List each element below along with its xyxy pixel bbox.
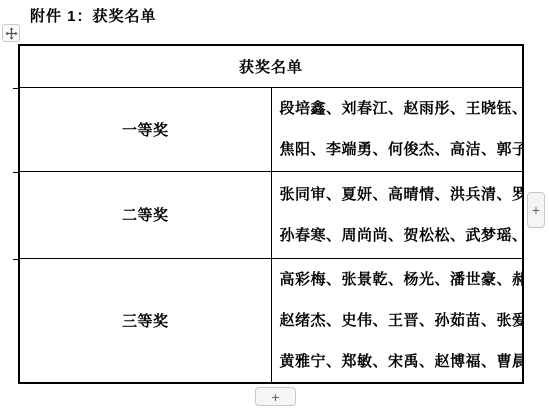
table-row: 二等奖张同审、夏妍、高晴情、洪兵清、罗晓业孙春寒、周尚尚、贺松松、武梦瑶、王欣欣 xyxy=(19,171,523,258)
document-page: 附件 1：获奖名单 获奖名单 一等奖段培鑫、刘春江、赵雨彤、王晓钰、余欣焦阳、李… xyxy=(0,0,549,409)
name-line: 高彩梅、张景乾、杨光、潘世豪、郝纪钊 xyxy=(280,259,523,300)
row-border-tick xyxy=(13,259,19,260)
name-line: 焦阳、李端勇、何俊杰、高洁、郭子炘 xyxy=(280,129,523,170)
plus-icon: + xyxy=(271,390,279,404)
move-icon xyxy=(5,27,18,40)
name-line: 赵绪杰、史伟、王晋、孙茹苗、张爱平 xyxy=(280,300,523,341)
table-move-handle[interactable] xyxy=(2,24,20,42)
prize-cell[interactable]: 二等奖 xyxy=(19,171,271,258)
table-row: 三等奖高彩梅、张景乾、杨光、潘世豪、郝纪钊赵绪杰、史伟、王晋、孙茹苗、张爱平黄雅… xyxy=(19,258,523,383)
add-row-button[interactable]: + xyxy=(255,387,296,406)
names-cell[interactable]: 张同审、夏妍、高晴情、洪兵清、罗晓业孙春寒、周尚尚、贺松松、武梦瑶、王欣欣 xyxy=(271,171,523,258)
prize-cell[interactable]: 三等奖 xyxy=(19,258,271,383)
award-table: 获奖名单 一等奖段培鑫、刘春江、赵雨彤、王晓钰、余欣焦阳、李端勇、何俊杰、高洁、… xyxy=(18,44,524,384)
attachment-title: 附件 1：获奖名单 xyxy=(30,5,157,26)
names-cell[interactable]: 段培鑫、刘春江、赵雨彤、王晓钰、余欣焦阳、李端勇、何俊杰、高洁、郭子炘 xyxy=(271,87,523,171)
table-row: 一等奖段培鑫、刘春江、赵雨彤、王晓钰、余欣焦阳、李端勇、何俊杰、高洁、郭子炘 xyxy=(19,87,523,171)
name-line: 段培鑫、刘春江、赵雨彤、王晓钰、余欣 xyxy=(280,88,523,129)
prize-cell[interactable]: 一等奖 xyxy=(19,87,271,171)
row-border-tick xyxy=(13,172,19,173)
plus-icon: + xyxy=(532,203,540,217)
name-line: 孙春寒、周尚尚、贺松松、武梦瑶、王欣欣 xyxy=(280,215,523,256)
name-line: 张同审、夏妍、高晴情、洪兵清、罗晓业 xyxy=(280,174,523,215)
award-table-body: 一等奖段培鑫、刘春江、赵雨彤、王晓钰、余欣焦阳、李端勇、何俊杰、高洁、郭子炘二等… xyxy=(19,87,523,383)
row-border-tick xyxy=(13,88,19,89)
table-title-cell[interactable]: 获奖名单 xyxy=(19,45,523,87)
name-line: 黄雅宁、郑敏、宋禹、赵博福、曹晨晨 xyxy=(280,341,523,382)
table-header-row: 获奖名单 xyxy=(19,45,523,87)
names-cell[interactable]: 高彩梅、张景乾、杨光、潘世豪、郝纪钊赵绪杰、史伟、王晋、孙茹苗、张爱平黄雅宁、郑… xyxy=(271,258,523,383)
add-column-button[interactable]: + xyxy=(527,192,545,228)
